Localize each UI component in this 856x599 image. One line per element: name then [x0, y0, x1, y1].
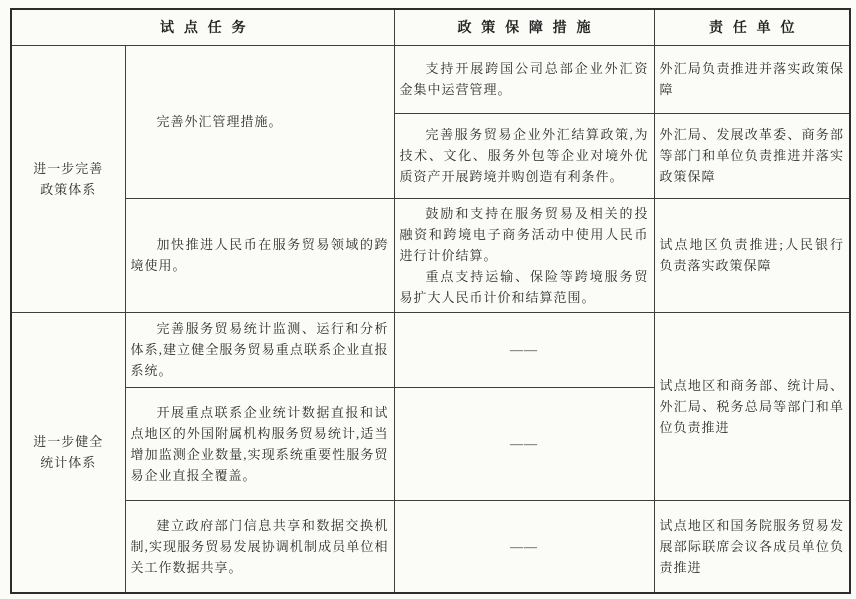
task-text: 完善外汇管理措施。	[131, 111, 389, 132]
task-text: 开展重点联系企业统计数据直报和试点地区的外国附属机构服务贸易统计,适当增加监测企…	[131, 402, 389, 486]
task-text: 完善服务贸易统计监测、运行和分析体系,建立健全服务贸易重点联系企业直报系统。	[131, 318, 389, 381]
policy-cell-rmb-settlement: 鼓励和支持在服务贸易及相关的投融资和跨境电子商务活动中使用人民币进行计价结算。 …	[394, 198, 654, 312]
policy-text: 完善服务贸易企业外汇结算政策,为技术、文化、服务外包等企业对境外优质资产开展跨境…	[400, 124, 649, 187]
policy-text: 支持开展跨国公司总部企业外汇资金集中运营管理。	[400, 58, 649, 100]
task-cell-statistics-monitoring: 完善服务贸易统计监测、运行和分析体系,建立健全服务贸易重点联系企业直报系统。	[125, 312, 394, 387]
task-text: 建立政府部门信息共享和数据交换机制,实现服务贸易发展协调机制成员单位相关工作数据…	[131, 515, 389, 578]
policy-cell-forex-settlement: 完善服务贸易企业外汇结算政策,为技术、文化、服务外包等企业对境外优质资产开展跨境…	[394, 113, 654, 198]
header-policy-measures: 政策保障措施	[394, 9, 654, 45]
dash-placeholder: ——	[394, 387, 654, 500]
header-row: 试点任务 政策保障措施 责任单位	[11, 9, 850, 45]
unit-cell-joint-conference: 试点地区和国务院服务贸易发展部际联席会议各成员单位负责推进	[654, 500, 850, 593]
task-cell-data-sharing: 建立政府部门信息共享和数据交换机制,实现服务贸易发展协调机制成员单位相关工作数据…	[125, 500, 394, 593]
policy-text: 鼓励和支持在服务贸易及相关的投融资和跨境电子商务活动中使用人民币进行计价结算。	[400, 203, 649, 266]
policy-table: 试点任务 政策保障措施 责任单位 进一步完善 政策体系 完善外汇管理措施。 支持…	[10, 8, 851, 594]
task-cell-forex-management: 完善外汇管理措施。	[125, 45, 394, 198]
category-cell-statistics-system: 进一步健全 统计体系	[11, 312, 125, 593]
task-cell-rmb-crossborder: 加快推进人民币在服务贸易领域的跨境使用。	[125, 198, 394, 312]
unit-cell-safe: 外汇局负责推进并落实政策保障	[654, 45, 850, 113]
unit-cell-pilot-mofcom-stats: 试点地区和商务部、统计局、外汇局、税务总局等部门和单位负责推进	[654, 312, 850, 500]
header-pilot-tasks: 试点任务	[11, 9, 394, 45]
table-row: 进一步健全 统计体系 完善服务贸易统计监测、运行和分析体系,建立健全服务贸易重点…	[11, 312, 850, 387]
policy-text: 重点支持运输、保险等跨境服务贸易扩大人民币计价和结算范围。	[400, 266, 649, 308]
task-cell-key-enterprise-reporting: 开展重点联系企业统计数据直报和试点地区的外国附属机构服务贸易统计,适当增加监测企…	[125, 387, 394, 500]
unit-cell-pilot-pboc: 试点地区负责推进;人民银行负责落实政策保障	[654, 198, 850, 312]
table-row: 建立政府部门信息共享和数据交换机制,实现服务贸易发展协调机制成员单位相关工作数据…	[11, 500, 850, 593]
scanned-page-background: 试点任务 政策保障措施 责任单位 进一步完善 政策体系 完善外汇管理措施。 支持…	[0, 0, 856, 599]
policy-cell-multinational-funds: 支持开展跨国公司总部企业外汇资金集中运营管理。	[394, 45, 654, 113]
task-text: 加快推进人民币在服务贸易领域的跨境使用。	[131, 234, 389, 276]
table-row: 加快推进人民币在服务贸易领域的跨境使用。 鼓励和支持在服务贸易及相关的投融资和跨…	[11, 198, 850, 312]
unit-cell-safe-ndrc-mofcom: 外汇局、发展改革委、商务部等部门和单位负责推进并落实政策保障	[654, 113, 850, 198]
header-responsible-units: 责任单位	[654, 9, 850, 45]
table-row: 进一步完善 政策体系 完善外汇管理措施。 支持开展跨国公司总部企业外汇资金集中运…	[11, 45, 850, 113]
dash-placeholder: ——	[394, 500, 654, 593]
category-cell-policy-system: 进一步完善 政策体系	[11, 45, 125, 312]
dash-placeholder: ——	[394, 312, 654, 387]
